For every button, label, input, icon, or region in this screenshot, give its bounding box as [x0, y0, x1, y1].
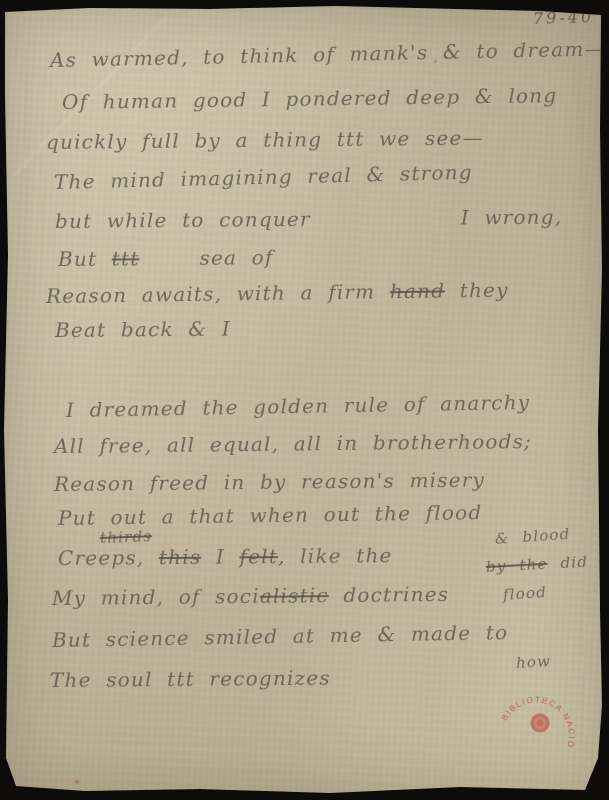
poem-line-3: quickly full by a thing ttt we see—	[46, 125, 484, 154]
margin-note-how: how	[516, 652, 552, 672]
poem-line-5: but while to conquerI wrong,	[55, 205, 563, 233]
handwritten-text: Put out a that when out the flood	[58, 500, 483, 530]
poem-line-1: As warmed, to think of mank's & to dream…	[50, 36, 606, 72]
poem-line-8: Beat back & I	[55, 316, 231, 342]
handwritten-text: sea of	[199, 245, 273, 270]
handwritten-text: & blood	[494, 525, 571, 548]
poem-line-12: Put out a that when out the flood	[58, 500, 483, 530]
horizontal-fold-crease	[6, 372, 598, 375]
struck-word: ttt	[112, 246, 140, 270]
struck-word: by the	[486, 555, 548, 576]
poem-line-7: Reason awaits, with a firm hand they	[46, 278, 509, 308]
handwritten-text: Beat back & I	[55, 316, 231, 342]
handwritten-text: , like the	[278, 543, 393, 568]
struck-word: felt	[239, 544, 278, 568]
margin-note-did: by the did	[486, 553, 589, 576]
handwritten-text: The mind imagining real & strong	[54, 160, 473, 194]
library-stamp: BIBLIOTECA NACIONAL	[483, 666, 596, 779]
poem-line-6: But tttsea of	[58, 245, 274, 271]
handwritten-text: did	[547, 553, 588, 573]
margin-note-blood: & blood	[494, 525, 571, 548]
struck-word: alistic	[260, 583, 329, 608]
poem-line-14: My mind, of socialistic doctrines	[52, 582, 449, 610]
handwritten-text: Reason awaits, with a firm	[46, 279, 390, 308]
handwritten-text: doctrines	[329, 582, 450, 607]
handwritten-text: But	[58, 247, 112, 271]
handwritten-text: But science smiled at me & made to	[52, 620, 509, 652]
struck-word: thirds	[100, 527, 153, 547]
handwritten-text: quickly full by a thing ttt we see—	[46, 125, 484, 154]
poem-line-9: I dreamed the golden rule of anarchy	[66, 390, 531, 422]
handwritten-text: My mind, of soci	[52, 584, 260, 610]
handwritten-text: As warmed, to think of mank's & to dream…	[50, 36, 606, 72]
poem-line-4: The mind imagining real & strong	[54, 160, 473, 194]
paper-speck	[75, 780, 79, 784]
poem-line-2: Of human good I pondered deep & long	[62, 83, 558, 114]
handwritten-text: The soul ttt recognizes	[50, 666, 331, 692]
handwritten-text: I dreamed the golden rule of anarchy	[66, 390, 531, 422]
handwritten-text: flood	[502, 583, 547, 604]
stamp-text: BIBLIOTECA NACIONAL	[489, 666, 594, 750]
struck-word: hand	[390, 278, 446, 303]
poem-line-13: Creeps, this I felt, like the	[58, 543, 393, 570]
handwritten-text: they	[445, 278, 509, 303]
handwritten-text: Reason freed in by reason's misery	[54, 467, 485, 496]
handwritten-text: Creeps,	[58, 545, 159, 570]
archival-number: 79-40	[533, 7, 595, 28]
poem-line-15: But science smiled at me & made to	[52, 620, 509, 652]
handwritten-text: how	[516, 652, 552, 672]
scan-background: 79-40 BIBLIOTECA NACIONAL As warmed, to …	[0, 0, 609, 800]
handwritten-text: I	[201, 544, 239, 568]
manuscript-page: 79-40 BIBLIOTECA NACIONAL As warmed, to …	[0, 0, 609, 800]
handwritten-text: All free, all equal, all in brotherhoods…	[54, 429, 532, 458]
handwritten-text: Of human good I pondered deep & long	[62, 83, 558, 114]
handwritten-text: but while to conquer	[55, 207, 311, 233]
poem-line-16: The soul ttt recognizes	[50, 666, 331, 692]
interline-insertion: thirds	[100, 527, 153, 547]
handwritten-text: I wrong,	[461, 205, 563, 230]
poem-line-10: All free, all equal, all in brotherhoods…	[54, 429, 532, 458]
poem-line-11: Reason freed in by reason's misery	[54, 467, 485, 496]
margin-note-flood: flood	[502, 583, 547, 604]
struck-word: this	[159, 545, 202, 569]
